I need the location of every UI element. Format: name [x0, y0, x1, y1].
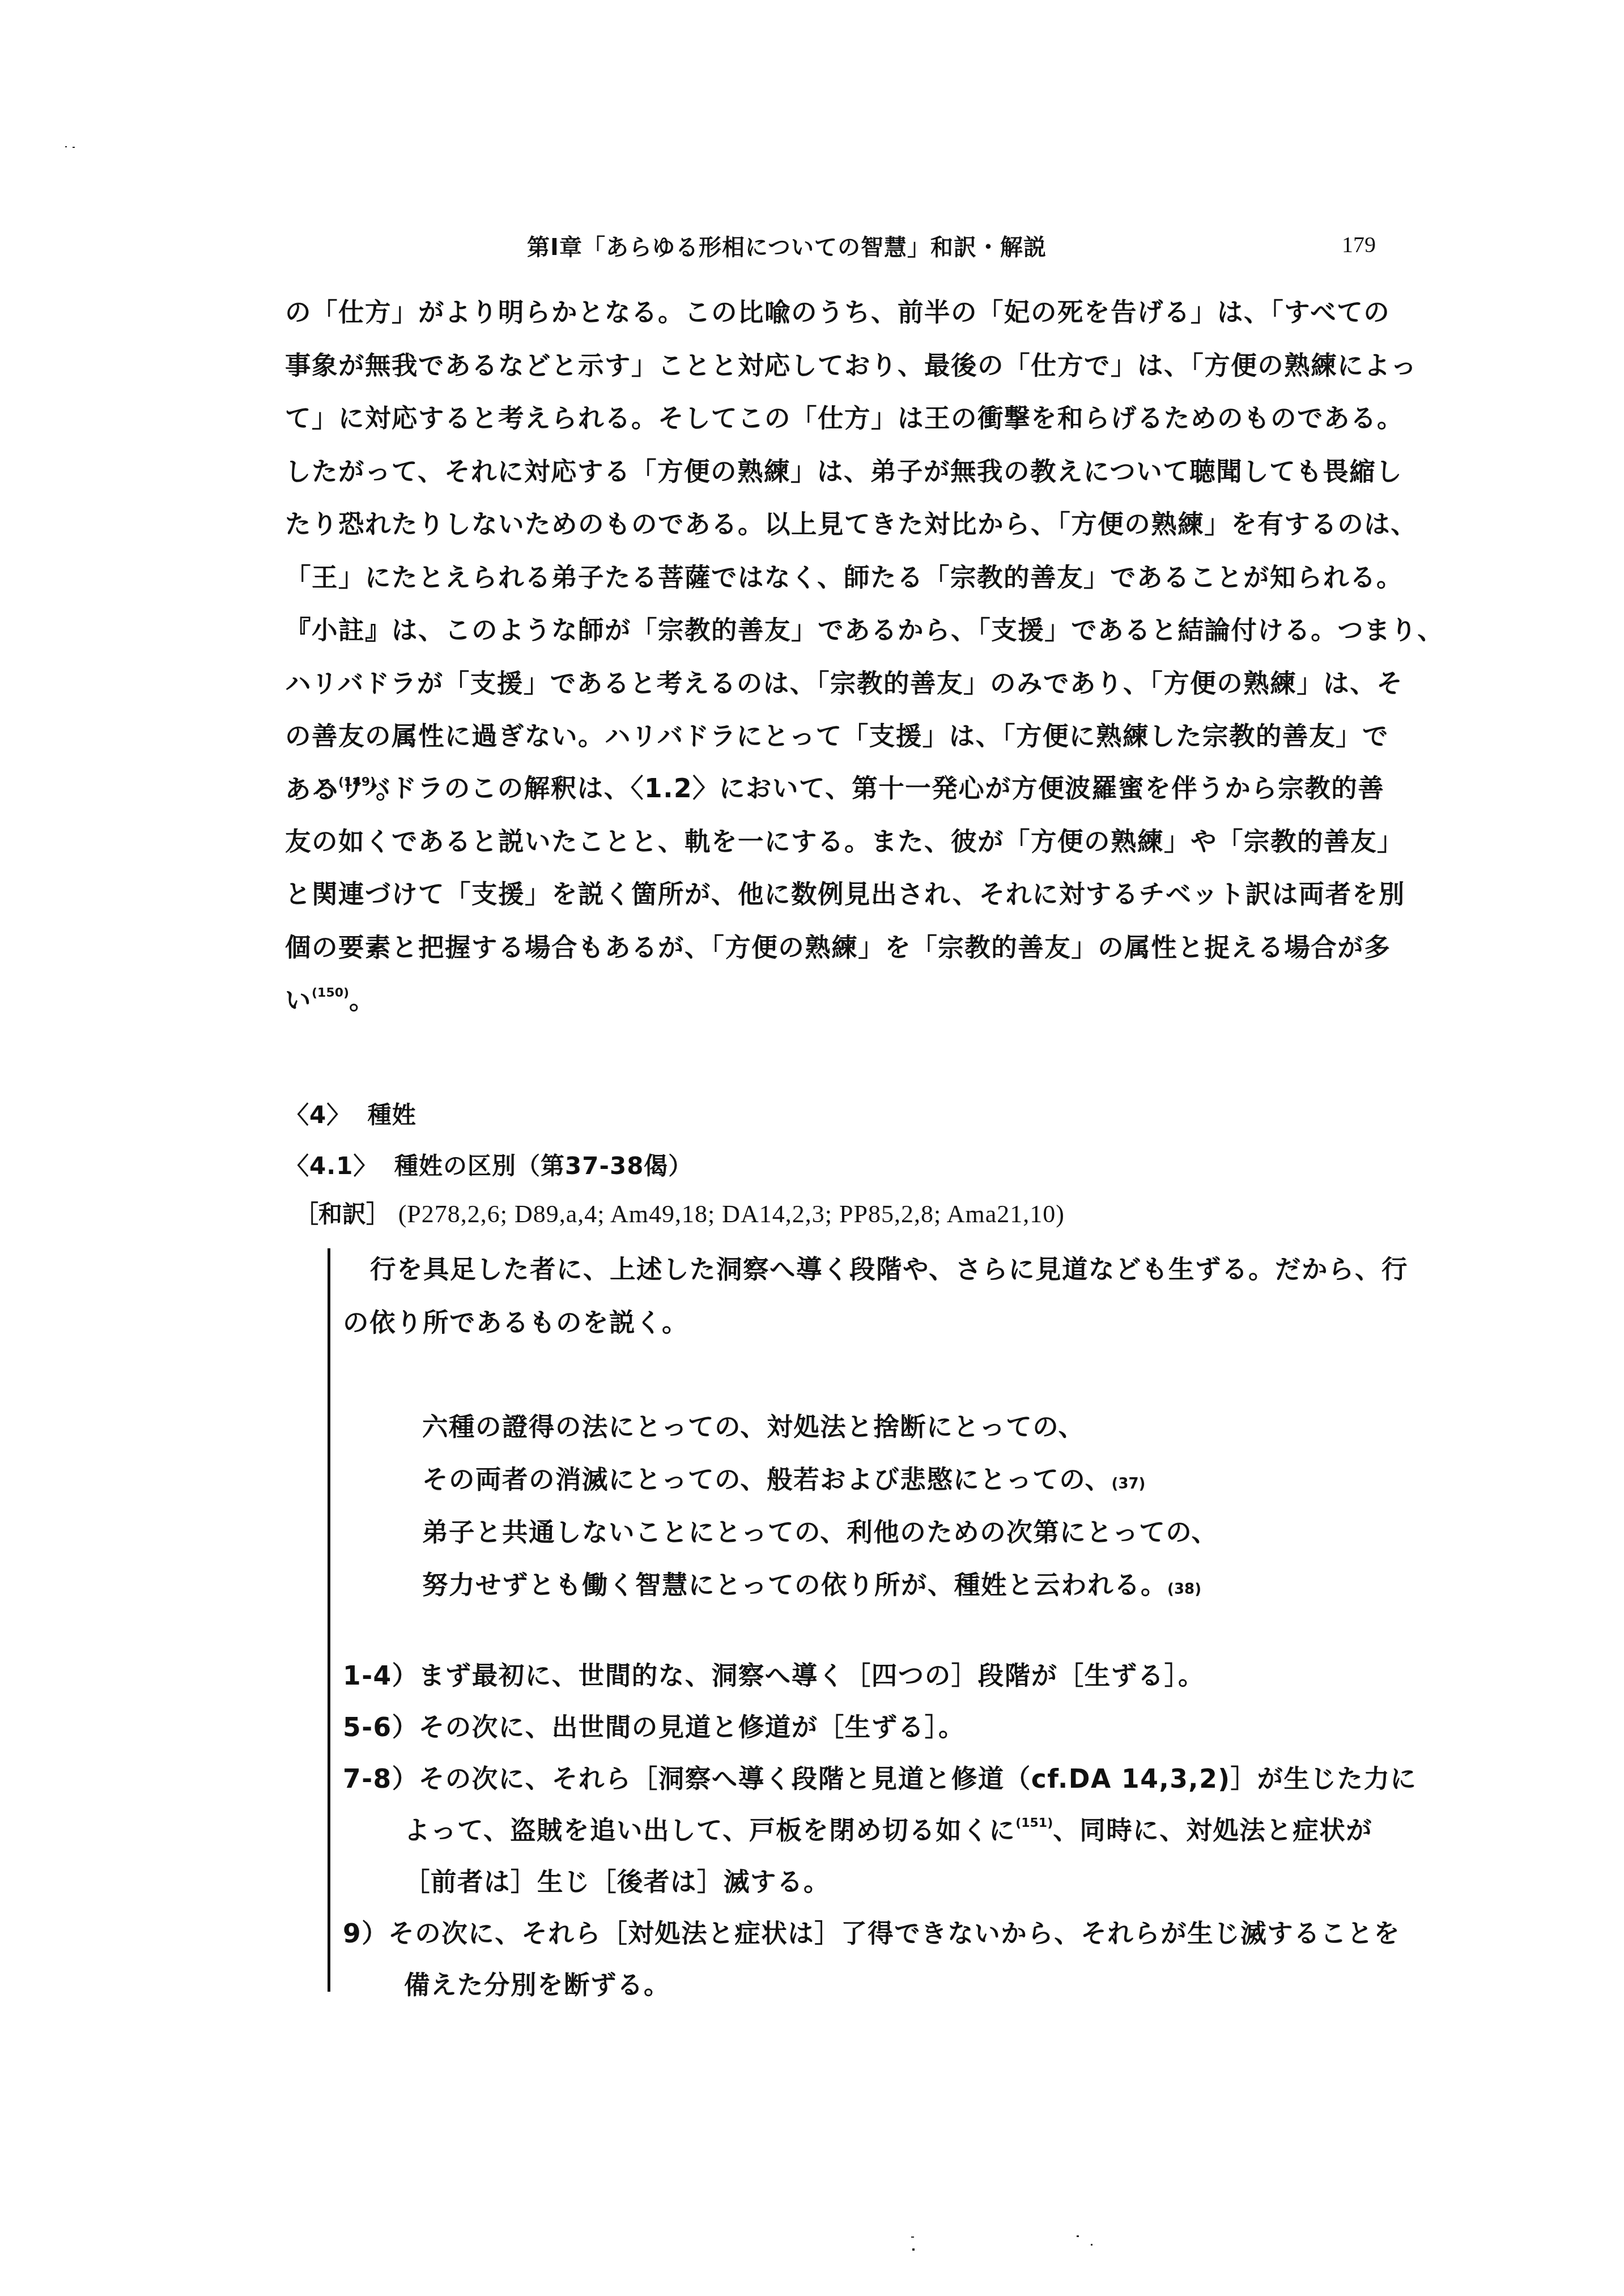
commentary-list: 1-4）まず最初に、世間的な、洞察へ導く［四つの］段階が［生ずる］。 5-6）そ…: [343, 1650, 1397, 2011]
line-text: い: [285, 985, 312, 1015]
text-line: と関連づけて「支援」を説く箇所が、他に数例見出され、それに対するチベット訳は両者…: [285, 868, 1396, 921]
text-line: の善友の属性に過ぎない。ハリバドラにとって「支援」は、「方便に熟練した宗教的善友…: [285, 710, 1396, 763]
translation-citation: ［和訳］ (P278,2,6; D89,a,4; Am49,18; DA14,2…: [295, 1196, 1065, 1230]
paragraph-1: の「仕方」がより明らかとなる。この比喩のうち、前半の「妃の死を告げる」は、「すべ…: [285, 286, 1396, 816]
subsection-number: 〈4.1〉: [285, 1152, 377, 1180]
text-line-last: い(150)。: [285, 974, 1396, 1027]
text-line: したがって、それに対応する「方便の熟練」は、弟子が無我の教えについて聴聞しても畏…: [285, 445, 1396, 499]
text-line: ハリバドラが「支援」であると考えるのは、「宗教的善友」のみであり、「方便の熟練」…: [285, 657, 1396, 711]
quote-vertical-rule: [328, 1248, 330, 1992]
text-line: 「王」にたとえられる弟子たる菩薩ではなく、師たる「宗教的善友」であることが知られ…: [285, 551, 1396, 605]
item-text: 、同時に、対処法と症状が: [1053, 1815, 1372, 1846]
verse-text: 努力せずとも働く智慧にとっての依り所が、種姓と云われる。: [422, 1570, 1167, 1600]
section-heading-4: 〈4〉 種姓: [285, 1096, 416, 1130]
item-label: 1-4）: [343, 1661, 419, 1691]
commentary-item-7-8: 7-8）その次に、それら［洞察へ導く段階と見道と修道（cf.DA 14,3,2)…: [343, 1753, 1397, 1908]
scan-artifact: [1091, 2244, 1092, 2246]
verse-text: その両者の消滅にとっての、般若および悲愍にとっての、: [422, 1465, 1112, 1495]
verse-number-38: (38): [1167, 1581, 1201, 1598]
commentary-item-5-6: 5-6）その次に、出世間の見道と修道が［生ずる］。: [343, 1702, 1397, 1753]
verse-block: 六種の證得の法にとっての、対処法と捨断にとっての、 その両者の消滅にとっての、般…: [422, 1401, 1218, 1612]
text-line: 友の如くであると説いたことと、軌を一にする。また、彼が「方便の熟練」や「宗教的善…: [285, 815, 1396, 869]
text-line: 『小註』は、このような師が「宗教的善友」であるから、「支援」であると結論付ける。…: [285, 604, 1396, 657]
item-text: その次に、出世間の見道と修道が［生ずる］。: [419, 1712, 965, 1742]
text-line: 行を具足した者に、上述した洞察へ導く段階や、さらに見道なども生ずる。だから、行: [343, 1249, 1397, 1303]
translation-label: ［和訳］: [295, 1200, 390, 1228]
item-label: 7-8）: [343, 1764, 419, 1794]
footnote-ref-150[interactable]: (150): [312, 986, 349, 1000]
section-number: 〈4〉: [285, 1101, 351, 1129]
text-line: ハリバドラのこの解釈は、〈1.2〉において、第十一発心が方便波羅蜜を伴うから宗教…: [285, 762, 1396, 815]
item-label: 9）: [343, 1919, 388, 1949]
verse-number-37: (37): [1112, 1476, 1146, 1493]
verse-text: 弟子と共通しないことにとっての、利他のための次第にとっての、: [422, 1517, 1218, 1547]
item-label: 5-6）: [343, 1712, 419, 1742]
running-header-title: 第Ⅰ章「あらゆる形相についての智慧」和訳・解説: [527, 229, 1047, 262]
footnote-ref-151[interactable]: (151): [1015, 1816, 1053, 1830]
item-text: ［前者は］生じ［後者は］滅する。: [404, 1867, 830, 1897]
translation-intro: 行を具足した者に、上述した洞察へ導く段階や、さらに見道なども生ずる。だから、行 …: [343, 1249, 1397, 1355]
text-line: の「仕方」がより明らかとなる。この比喩のうち、前半の「妃の死を告げる」は、「すべ…: [285, 286, 1396, 339]
verse-line: 弟子と共通しないことにとっての、利他のための次第にとっての、: [422, 1506, 1218, 1559]
commentary-item-9: 9）その次に、それら［対処法と症状は］了得できないから、それらが生じ滅することを…: [343, 1908, 1397, 2011]
scan-artifact: [1077, 2235, 1079, 2237]
text-line: 事象が無我であるなどと示す」ことと対応しており、最後の「仕方で」は、「方便の熟練…: [285, 339, 1396, 393]
verse-text: 六種の證得の法にとっての、対処法と捨断にとっての、: [422, 1412, 1085, 1442]
paragraph-2: ハリバドラのこの解釈は、〈1.2〉において、第十一発心が方便波羅蜜を伴うから宗教…: [285, 762, 1396, 1027]
commentary-item-1-4: 1-4）まず最初に、世間的な、洞察へ導く［四つの］段階が［生ずる］。: [343, 1650, 1397, 1702]
scan-artifact: [73, 147, 75, 148]
subsection-title: 種姓の区別（第37-38偈）: [394, 1152, 692, 1180]
scan-artifact: [911, 2237, 914, 2238]
page-number: 179: [1342, 231, 1376, 258]
section-title: 種姓: [368, 1101, 416, 1129]
scan-artifact: [65, 146, 67, 147]
text-line: の依り所であるものを説く。: [343, 1303, 1397, 1356]
item-text: その次に、それら［対処法と症状は］了得できないから、それらが生じ滅することを: [388, 1919, 1400, 1949]
document-page: 第Ⅰ章「あらゆる形相についての智慧」和訳・解説 179 の「仕方」がより明らかと…: [0, 0, 1624, 2296]
text-line: 個の要素と把握する場合もあるが、「方便の熟練」を「宗教的善友」の属性と捉える場合…: [285, 921, 1396, 975]
item-text: よって、盗賊を追い出して、戸板を閉め切る如くに: [404, 1815, 1015, 1846]
line-end: 。: [349, 985, 376, 1015]
item-text: 備えた分別を断ずる。: [404, 1970, 670, 2000]
source-references: (P278,2,6; D89,a,4; Am49,18; DA14,2,3; P…: [398, 1200, 1065, 1228]
verse-line: 努力せずとも働く智慧にとっての依り所が、種姓と云われる。(38): [422, 1559, 1218, 1612]
verse-line: その両者の消滅にとっての、般若および悲愍にとっての、(37): [422, 1453, 1218, 1506]
subsection-heading-4-1: 〈4.1〉 種姓の区別（第37-38偈）: [285, 1147, 692, 1181]
item-text: まず最初に、世間的な、洞察へ導く［四つの］段階が［生ずる］。: [419, 1661, 1205, 1691]
item-text: その次に、それら［洞察へ導く段階と見道と修道（cf.DA 14,3,2)］が生じ…: [419, 1764, 1417, 1794]
verse-line: 六種の證得の法にとっての、対処法と捨断にとっての、: [422, 1401, 1218, 1453]
scan-artifact: [912, 2248, 915, 2251]
text-line: たり恐れたりしないためのものである。以上見てきた対比から、「方便の熟練」を有する…: [285, 498, 1396, 551]
text-line: て」に対応すると考えられる。そしてこの「仕方」は王の衝撃を和らげるためのものであ…: [285, 392, 1396, 445]
